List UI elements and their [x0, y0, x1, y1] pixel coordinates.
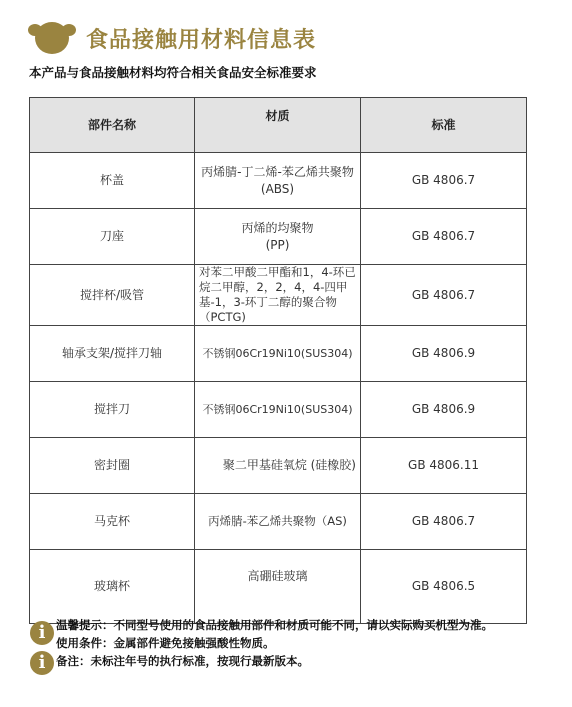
material: 丙烯腈-丁二烯-苯乙烯共聚物 (ABS)	[195, 153, 361, 209]
subtitle: 本产品与食品接触材料均符合相关食品安全标准要求	[29, 63, 317, 81]
page-title: 食品接触用材料信息表	[86, 23, 316, 54]
note-tip: 温馨提示：不同型号使用的食品接触用部件和材质可能不同，请以实际购买机型为准。	[56, 617, 493, 633]
part-name: 马克杯	[30, 494, 195, 550]
info-icon: i	[30, 651, 54, 675]
material: 丙烯的均聚物 (PP)	[195, 209, 361, 265]
part-name: 搅拌刀	[30, 382, 195, 438]
standard: GB 4806.11	[361, 438, 527, 494]
bear-head-icon	[28, 20, 76, 56]
material: 不锈钢06Cr19Ni10(SUS304)	[195, 382, 361, 438]
part-name: 杯盖	[30, 153, 195, 209]
column-header-part: 部件名称	[30, 98, 195, 153]
part-name: 密封圈	[30, 438, 195, 494]
info-icon: i	[30, 621, 54, 645]
material: 对苯二甲酸二甲酯和1，4-环已烷二甲醇，2，2，4，4-四甲基-1，3-环丁二醇…	[195, 265, 361, 326]
standard: GB 4806.7	[361, 494, 527, 550]
material: 丙烯腈-苯乙烯共聚物（AS)	[195, 494, 361, 550]
table-row: 马克杯 丙烯腈-苯乙烯共聚物（AS) GB 4806.7	[30, 494, 527, 550]
table-row: 密封圈 聚二甲基硅氧烷 (硅橡胶) GB 4806.11	[30, 438, 527, 494]
column-header-material: 材质	[195, 98, 361, 153]
table-row: 杯盖 丙烯腈-丁二烯-苯乙烯共聚物 (ABS) GB 4806.7	[30, 153, 527, 209]
header: 食品接触用材料信息表	[28, 20, 316, 56]
standard: GB 4806.7	[361, 265, 527, 326]
part-name: 刀座	[30, 209, 195, 265]
standard: GB 4806.9	[361, 382, 527, 438]
standard: GB 4806.5	[361, 550, 527, 624]
standard: GB 4806.9	[361, 326, 527, 382]
table-header-row: 部件名称 材质 标准	[30, 98, 527, 153]
material: 聚二甲基硅氧烷 (硅橡胶)	[195, 438, 361, 494]
table-row: 玻璃杯 高硼硅玻璃 GB 4806.5	[30, 550, 527, 624]
table-row: 刀座 丙烯的均聚物 (PP) GB 4806.7	[30, 209, 527, 265]
standard: GB 4806.7	[361, 209, 527, 265]
part-name: 轴承支架/搅拌刀轴	[30, 326, 195, 382]
materials-table: 部件名称 材质 标准 杯盖 丙烯腈-丁二烯-苯乙烯共聚物 (ABS) GB 48…	[29, 97, 527, 624]
note-usage: 使用条件：金属部件避免接触强酸性物质。	[56, 635, 275, 651]
part-name: 玻璃杯	[30, 550, 195, 624]
column-header-standard: 标准	[361, 98, 527, 153]
table-row: 搅拌杯/吸管 对苯二甲酸二甲酯和1，4-环已烷二甲醇，2，2，4，4-四甲基-1…	[30, 265, 527, 326]
standard: GB 4806.7	[361, 153, 527, 209]
table-row: 轴承支架/搅拌刀轴 不锈钢06Cr19Ni10(SUS304) GB 4806.…	[30, 326, 527, 382]
material: 不锈钢06Cr19Ni10(SUS304)	[195, 326, 361, 382]
note-remark: 备注：未标注年号的执行标准，按现行最新版本。	[56, 653, 309, 669]
part-name: 搅拌杯/吸管	[30, 265, 195, 326]
table-row: 搅拌刀 不锈钢06Cr19Ni10(SUS304) GB 4806.9	[30, 382, 527, 438]
material: 高硼硅玻璃	[195, 550, 361, 624]
